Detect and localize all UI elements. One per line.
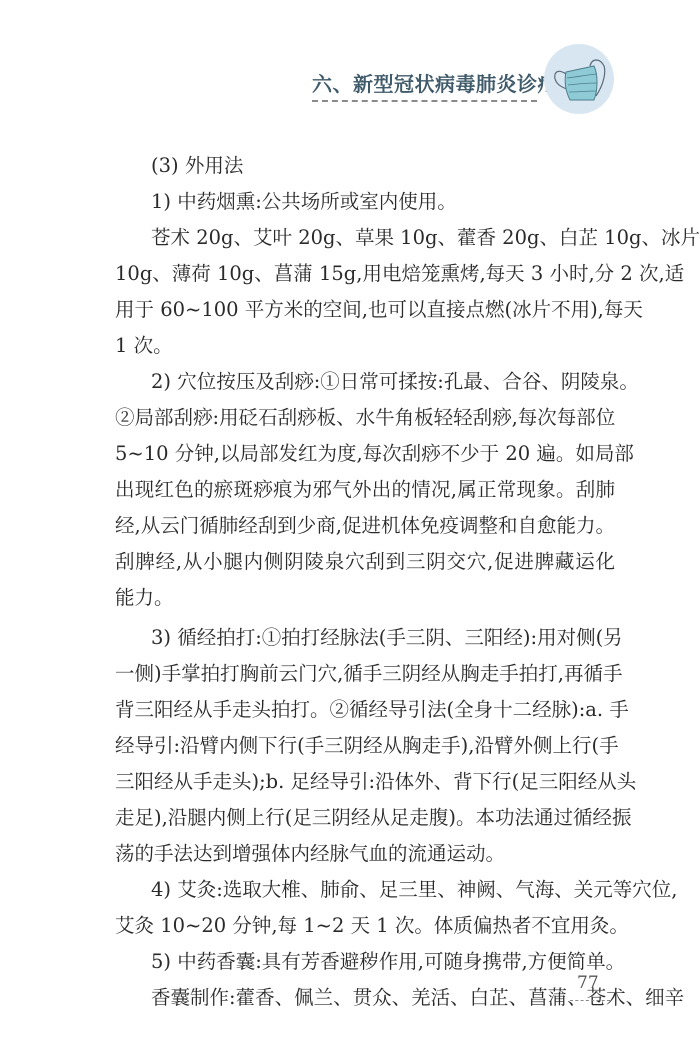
page-number-dashed-rule xyxy=(570,1000,610,1001)
paragraph-line: 走足),沿腿内侧上行(足三阴经从足走腹)。本功法通过循经振 xyxy=(115,800,615,836)
paragraph-line: 三阳经从手走头);b. 足经导引:沿体外、背下行(足三阳经从头 xyxy=(115,764,615,800)
paragraph-line: ②局部刮痧:用砭石刮痧板、水牛角板轻轻刮痧,每次每部位 xyxy=(115,400,615,436)
paragraph-line: 能力。 xyxy=(115,580,615,616)
paragraph-line: 荡的手法达到增强体内经脉气血的流通运动。 xyxy=(115,836,615,872)
paragraph-line: 5) 中药香囊:具有芳香避秽作用,可随身携带,方便简单。 xyxy=(151,944,615,980)
paragraph-line: 4) 艾灸:选取大椎、肺俞、足三里、神阙、气海、关元等穴位, xyxy=(151,872,615,908)
paragraph-line: 用于 60~100 平方米的空间,也可以直接点燃(冰片不用),每天 xyxy=(115,292,615,328)
paragraph-line: 5~10 分钟,以局部发红为度,每次刮痧不少于 20 遍。如局部 xyxy=(115,436,615,472)
book-page: 六、新型冠状病毒肺炎诊疗知识 (3) 外用法 1) 中药烟熏:公共场所或室内使用… xyxy=(0,0,700,1048)
running-head-dashed-rule xyxy=(312,100,537,102)
paragraph-line: 香囊制作:藿香、佩兰、贯众、羌活、白芷、菖蒲、苍术、细辛 xyxy=(151,980,615,1016)
paragraph-line: 经导引:沿臂内侧下行(手三阴经从胸走手),沿臂外侧上行(手 xyxy=(115,728,615,764)
paragraph-line: 出现红色的瘀斑痧痕为邪气外出的情况,属正常现象。刮肺 xyxy=(115,472,615,508)
paragraph-line: 刮脾经,从小腿内侧阴陵泉穴刮到三阴交穴,促进脾藏运化 xyxy=(115,544,615,580)
paragraph-line: 10g、薄荷 10g、菖蒲 15g,用电焙笼熏烤,每天 3 小时,分 2 次,适 xyxy=(115,256,615,292)
paragraph-line: 1) 中药烟熏:公共场所或室内使用。 xyxy=(151,184,615,220)
paragraph-line: 一侧)手掌拍打胸前云门穴,循手三阴经从胸走手拍打,再循手 xyxy=(115,656,615,692)
paragraph-line: 苍术 20g、艾叶 20g、草果 10g、藿香 20g、白芷 10g、冰片 xyxy=(151,220,615,256)
subsection-heading: (3) 外用法 xyxy=(151,148,615,184)
paragraph-line: 背三阳经从手走头拍打。②循经导引法(全身十二经脉):a. 手 xyxy=(115,692,615,728)
page-number: 77 xyxy=(577,973,599,993)
paragraph-line: 1 次。 xyxy=(115,328,615,364)
paragraph-line: 2) 穴位按压及刮痧:①日常可揉按:孔最、合谷、阴陵泉。 xyxy=(151,364,615,400)
paragraph-line: 3) 循经拍打:①拍打经脉法(手三阴、三阳经):用对侧(另 xyxy=(151,620,615,656)
face-mask-icon xyxy=(544,44,614,114)
paragraph-line: 艾灸 10~20 分钟,每 1~2 天 1 次。体质偏热者不宜用灸。 xyxy=(115,908,615,944)
paragraph-line: 经,从云门循肺经刮到少商,促进机体免疫调整和自愈能力。 xyxy=(115,508,615,544)
